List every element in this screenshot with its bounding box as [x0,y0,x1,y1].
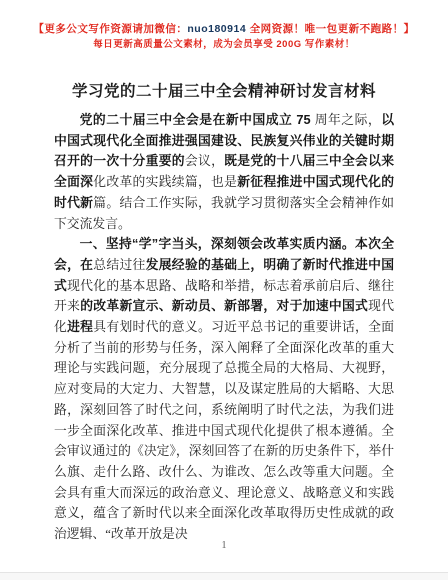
text-run: 篇。结合工作实际，我就学习贯彻落实全会精神作如下交流发言。 [54,196,394,231]
text-run: 总结过往 [93,258,145,272]
document-body: 党的二十届三中全会是在新中国成立 75 周年之际，以中国式现代化全面推进强国建设… [54,110,394,545]
document-page: 【更多公文写作资源请加微信：nuo180914 全网资源！唯一包更新不跑路！】 … [0,0,448,580]
notice-line-1: 【更多公文写作资源请加微信：nuo180914 全网资源！唯一包更新不跑路！】 [0,21,448,37]
text-run: 会议， [185,154,224,168]
paragraph: 党的二十届三中全会是在新中国成立 75 周年之际，以中国式现代化全面推进强国建设… [54,110,394,234]
text-run: 进程 [67,319,93,334]
text-run: 党的二十届三中全会是在新中国成立 75 [80,112,315,127]
text-run: 周年之际， [315,113,382,127]
notice-line-2: 每日更新高质量公文素材，成为会员享受 200G 写作素材！ [0,37,448,52]
paragraph: 一、坚持“学”字当头，深刻领会改革实质内涵。本次全会，在总结过往发展经验的基础上… [54,234,394,545]
document-title: 学习党的二十届三中全会精神研讨发言材料 [0,83,448,101]
notice-line1-suffix: 全网资源！唯一包更新不跑路！】 [246,23,414,35]
page-number: 1 [0,540,448,551]
text-run: 的改革新宣示、新动员、新部署，对于加速中国式 [80,298,368,313]
wechat-id: nuo180914 [187,23,246,35]
page-bottom-edge [0,572,448,580]
text-run: 化改革的实践续篇，也是 [93,175,237,189]
text-run: 具有划时代的意义。习近平总书记的重要讲话，全面分析了当前的形势与任务，深入阐释了… [54,320,394,541]
header-notice: 【更多公文写作资源请加微信：nuo180914 全网资源！唯一包更新不跑路！】 … [0,0,448,52]
notice-line1-prefix: 【更多公文写作资源请加微信： [33,23,187,35]
